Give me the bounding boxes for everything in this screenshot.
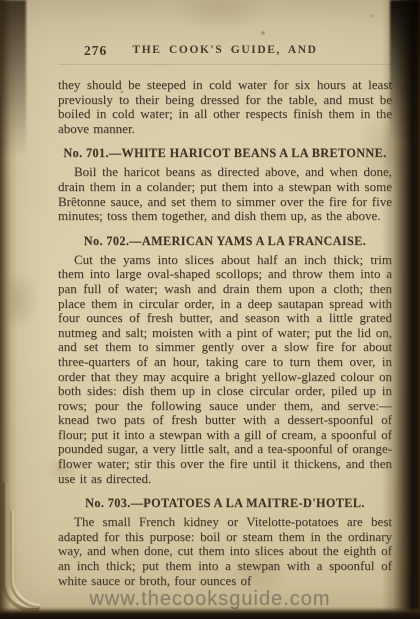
recipe-701-body: Boil the haricot beans as directed above… — [58, 165, 392, 223]
header-rule — [58, 64, 392, 65]
recipe-701-heading: No. 701.—WHITE HARICOT BEANS A LA BRETON… — [58, 146, 392, 161]
recipe-702-body: Cut the yams into slices about half an i… — [58, 253, 392, 487]
page-text-column: 276 THE COOK'S GUIDE, AND they should be… — [58, 44, 392, 588]
recipe-702-heading: No. 702.—AMERICAN YAMS A LA FRANCAISE. — [58, 234, 392, 249]
page-number: 276 — [84, 43, 107, 59]
recipe-703-body: The small French kidney or Vitelotte-pot… — [58, 515, 392, 588]
recipe-703-heading: No. 703.—POTATOES A LA MAITRE-D'HOTEL. — [58, 496, 392, 511]
scan-edge-left-top-shadow — [0, 0, 26, 170]
scan-edge-bottom — [0, 610, 420, 619]
running-title: THE COOK'S GUIDE, AND — [58, 44, 392, 56]
scanned-book-page: 276 THE COOK'S GUIDE, AND they should be… — [0, 0, 420, 619]
intro-paragraph: they should be steeped in cold water for… — [58, 78, 392, 136]
scan-edge-right-top-shadow — [390, 0, 420, 150]
page-header: 276 THE COOK'S GUIDE, AND — [58, 44, 392, 60]
